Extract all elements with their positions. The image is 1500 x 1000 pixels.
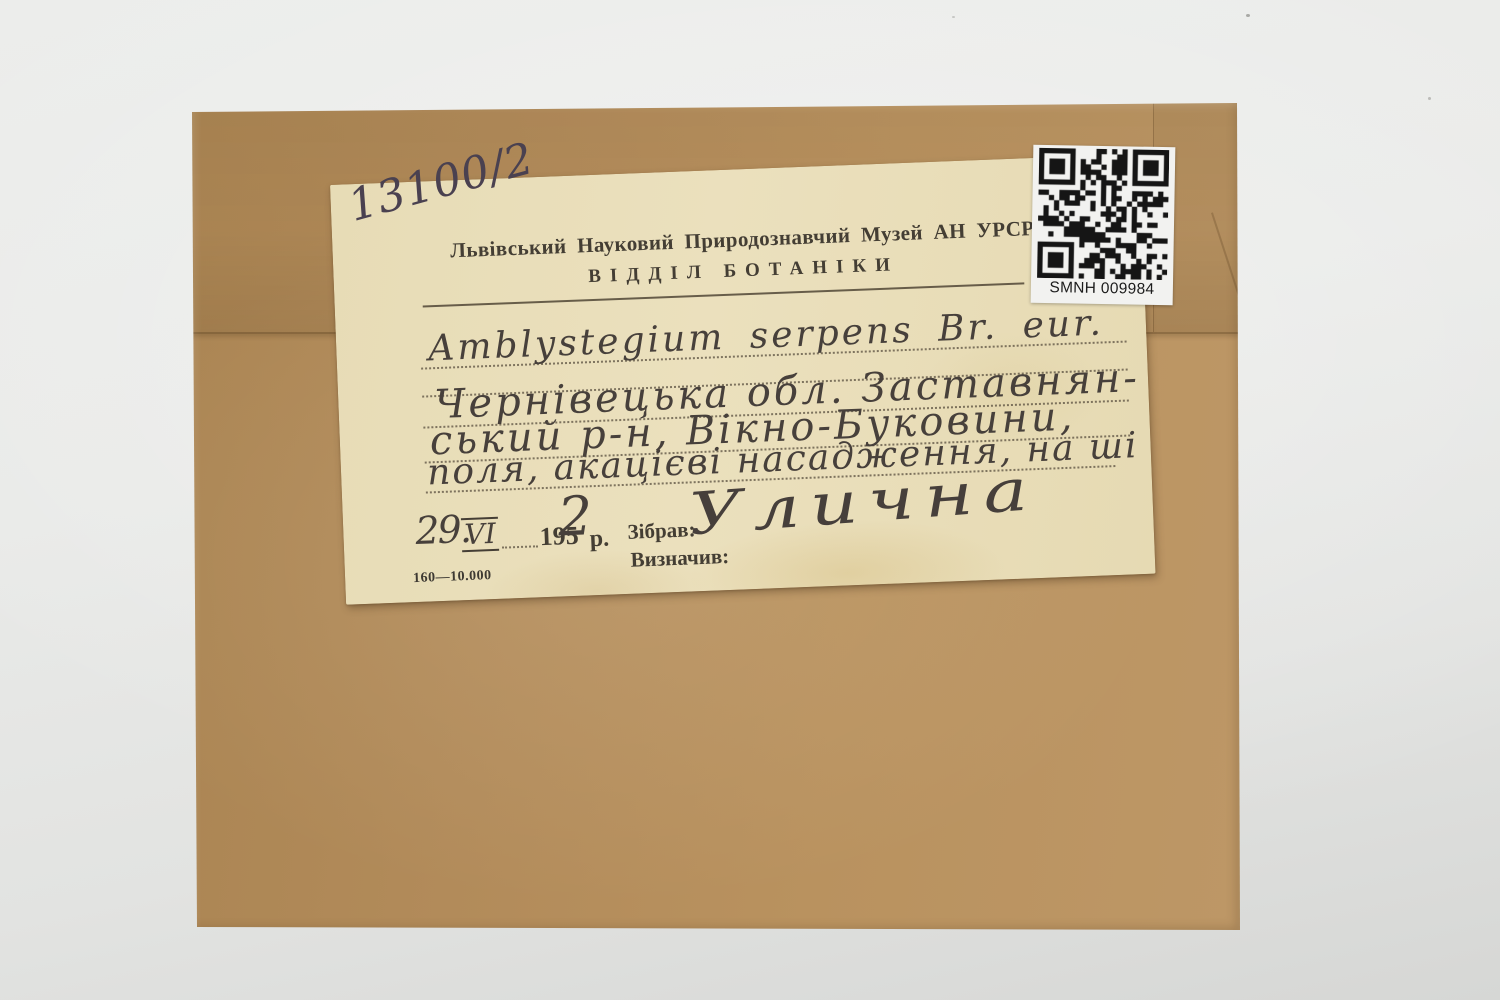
determined-by-label: Визначив:: [630, 546, 729, 571]
qr-code-icon: [1037, 148, 1169, 280]
dust-speck: [1246, 14, 1250, 17]
year-handwritten-digit: 2: [557, 489, 593, 544]
photo-backdrop: 13100/2 Львівський Науковий Природознавч…: [0, 0, 1500, 1000]
year-suffix: р.: [589, 527, 609, 552]
dust-speck: [1428, 97, 1431, 100]
collected-by-label: Зібрав:: [627, 519, 696, 543]
qr-caption: SMNH 009984: [1031, 279, 1173, 299]
print-run-code: 160—10.000: [413, 569, 492, 586]
qr-sticker: SMNH 009984: [1031, 145, 1176, 305]
species-name: Amblystegium serpens Br. eur.: [428, 305, 1105, 367]
collection-date-month-roman: VI: [461, 517, 500, 552]
dotted-line: [502, 545, 538, 548]
dust-speck: [952, 16, 955, 18]
